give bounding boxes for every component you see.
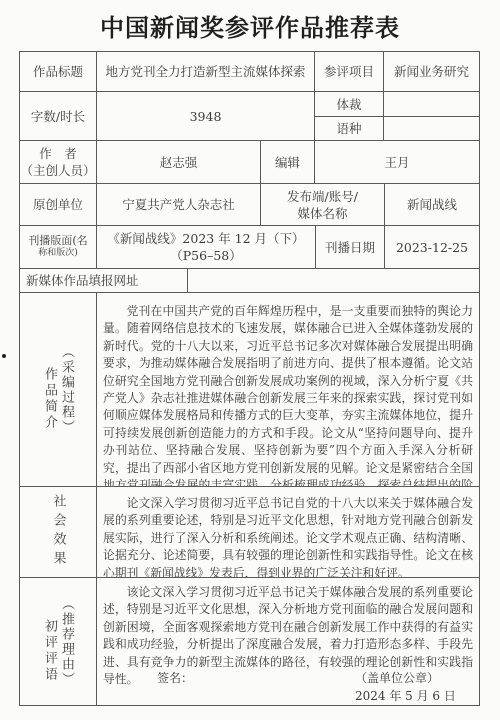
publisher-value: 新闻战线 (384, 183, 480, 226)
date-value: 2023-12-25 (384, 225, 480, 269)
editor-value: 王月 (314, 140, 480, 184)
social-effect-text: 论文深入学习贯彻习近平总书记自党的十八大以来关于媒体融合发展的系列重要论述，特别… (97, 495, 479, 582)
url-value (187, 268, 480, 293)
review-label-main: 初评评语 (42, 619, 57, 683)
length-value: 3948 (96, 91, 315, 141)
title-value: 地方党刊全力打造新型主流媒体探索 (96, 51, 315, 92)
signature-label: 签名： (157, 669, 193, 686)
layout-label: 刊播版面(名 称和版次) (19, 225, 97, 269)
language-label: 语种 (314, 116, 384, 141)
editor-label: 编辑 (260, 140, 315, 184)
summary-label-main: 作品简介 (42, 367, 57, 431)
summary-text: 党刊在中国共产党的百年辉煌历程中，是一支重要而独特的舆论力量。随着网络信息技术的… (97, 303, 479, 512)
form-title: 中国新闻奖参评作品推荐表 (0, 8, 500, 43)
layout-value: 《新闻战线》2023 年 12 月（下） （P56–58） (96, 225, 316, 269)
url-label: 新媒体作品填报网址 (19, 268, 188, 293)
layout-value-line2: （P56–58） (170, 247, 241, 264)
layout-label-line2: 称和版次) (38, 247, 78, 260)
publisher-label-line2: 媒体名称 (297, 205, 347, 222)
seal-label: （盖单位公章） (355, 669, 439, 686)
publisher-label-line1: 发布端/账号/ (287, 188, 358, 205)
author-label-line2: （主创人员） (20, 162, 95, 179)
genre-label: 体裁 (314, 91, 384, 117)
date-label: 刊播日期 (315, 225, 385, 269)
review-date: 2024 年 5 月 6 日 (355, 687, 456, 704)
title-label: 作品标题 (19, 51, 97, 92)
author-label: 作 者 （主创人员） (19, 140, 97, 184)
unit-value: 宁夏共产党人杂志社 (96, 183, 261, 226)
genre-value (383, 91, 480, 117)
length-label: 字数/时长 (19, 91, 97, 141)
category-value: 新闻业务研究 (383, 51, 480, 92)
author-value: 赵志强 (96, 140, 261, 184)
stray-dot (2, 354, 6, 358)
summary-label: 作品简介 （采编过程） (19, 292, 97, 487)
summary-label-sub: （采编过程） (59, 345, 74, 435)
review-label-sub: （推荐理由） (59, 597, 74, 687)
language-value (383, 116, 480, 141)
unit-label: 原创单位 (19, 183, 97, 226)
layout-value-line1: 《新闻战线》2023 年 12 月（下） (107, 230, 304, 247)
author-label-line1: 作 者 (39, 145, 77, 162)
review-label: 初评评语 （推荐理由） (19, 577, 97, 706)
publisher-label: 发布端/账号/ 媒体名称 (260, 183, 385, 226)
category-label: 参评项目 (314, 51, 384, 92)
layout-label-line1: 刊播版面(名 (28, 234, 87, 247)
social-effect-label: 社会效果 (19, 486, 97, 578)
